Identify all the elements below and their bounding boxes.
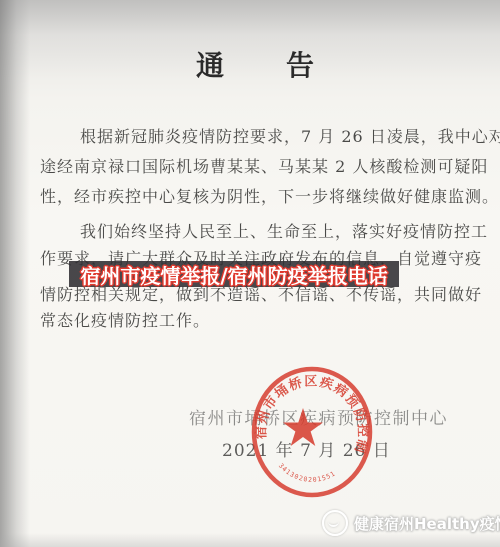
overlay-headline-text: 宿州市疫情举报/宿州防疫举报电话	[80, 260, 387, 289]
notice-body-line-1: 根据新冠肺炎疫情防控要求，7 月 26 日凌晨，我中心对	[80, 124, 500, 147]
notice-body-line-3: 性，经市疾控中心复核为阴性，下一步将继续做好健康监测。	[40, 184, 499, 207]
notice-body-line-4: 我们始终坚持人民至上、生命至上，落实好疫情防控工	[80, 219, 488, 242]
notice-title: 通 告	[20, 44, 492, 84]
watermark-text: 健康宿州Healthy疫情防控	[354, 513, 500, 534]
notice-body-line-2: 途经南京禄口国际机场曹某某、马某某 2 人核酸检测可疑阳	[40, 154, 488, 177]
svg-text:3413020201551: 3413020201551	[277, 462, 337, 484]
healthy-suzhou-logo-icon	[322, 510, 348, 536]
official-seal: 宿州市埇桥区疾病预防控制中心 3413020201551	[250, 366, 374, 500]
notice-body-line-7: 常态化疫情防控工作。	[40, 308, 210, 331]
seal-star-icon	[283, 408, 323, 446]
seal-code: 3413020201551	[277, 462, 337, 484]
seal-ring-text: 宿州市埇桥区疾病预防控制中心	[250, 366, 371, 456]
overlay-headline-banner: 宿州市疫情举报/宿州防疫举报电话	[69, 261, 399, 287]
watermark: 健康宿州Healthy疫情防控	[322, 509, 500, 537]
notice-photo-background: 通 告 根据新冠肺炎疫情防控要求，7 月 26 日凌晨，我中心对 途经南京禄口国…	[0, 0, 500, 547]
svg-text:宿州市埇桥区疾病预防控制中心: 宿州市埇桥区疾病预防控制中心	[250, 366, 371, 456]
